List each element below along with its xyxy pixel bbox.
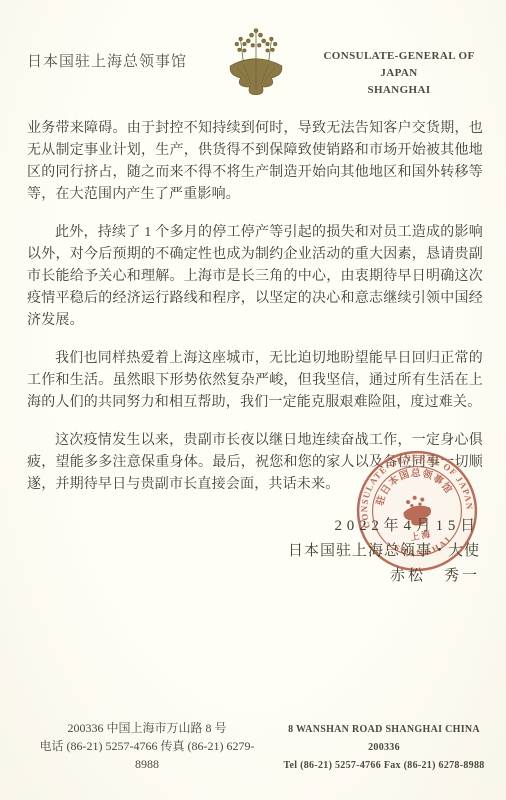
signature-block: 2022年4月15日 日本国驻上海总领事・大使 赤松 秀一 (288, 514, 480, 589)
signer-title: 日本国驻上海总领事・大使 (288, 539, 480, 564)
footer-address-chinese: 200336 中国上海市万山路 8 号 电话 (86-21) 5257-4766… (28, 719, 266, 773)
footer-en-contacts-line: Tel (86-21) 5257-4766 Fax (86-21) 6278-8… (276, 757, 492, 775)
crest-spikes (235, 29, 277, 61)
consulate-title-english: CONSULATE-GENERAL OF JAPAN SHANGHAI (310, 48, 488, 99)
letter-page: 日本国驻上海总领事馆 (0, 0, 506, 800)
letter-date: 2022年4月15日 (288, 514, 480, 539)
signer-name: 赤松 秀一 (288, 564, 480, 589)
letter-body: 业务带来障碍。由于封控不知持续到何时，导致无法告知客户交货期，也无从制定事业计划… (27, 118, 483, 512)
consulate-title-english-line2: SHANGHAI (310, 82, 488, 99)
footer-en-address-line: 8 WANSHAN ROAD SHANGHAI CHINA 200336 (276, 721, 492, 757)
footer-cn-contacts-line: 电话 (86-21) 5257-4766 传真 (86-21) 6279-898… (28, 737, 266, 773)
crest-leaves (230, 59, 282, 95)
paulownia-crest-icon (224, 26, 288, 98)
consulate-title-english-line1: CONSULATE-GENERAL OF JAPAN (310, 48, 488, 82)
paragraph-3: 我们也同样热爱着上海这座城市，无比迫切地盼望能早日回归正常的工作和生活。虽然眼下… (27, 348, 483, 414)
footer-address-english: 8 WANSHAN ROAD SHANGHAI CHINA 200336 Tel… (276, 721, 492, 775)
paragraph-4: 这次疫情发生以来，贵副市长夜以继日地连续奋战工作，一定身心俱疲，望能多多注意保重… (27, 430, 483, 496)
consulate-title-chinese: 日本国驻上海总领事馆 (27, 50, 187, 71)
footer-cn-address-line: 200336 中国上海市万山路 8 号 (28, 719, 266, 737)
paragraph-2: 此外，持续了 1 个多月的停工停产等引起的损失和对员工造成的影响以外，对今后预期… (27, 222, 483, 332)
paragraph-1: 业务带来障碍。由于封控不知持续到何时，导致无法告知客户交货期，也无从制定事业计划… (27, 118, 483, 206)
